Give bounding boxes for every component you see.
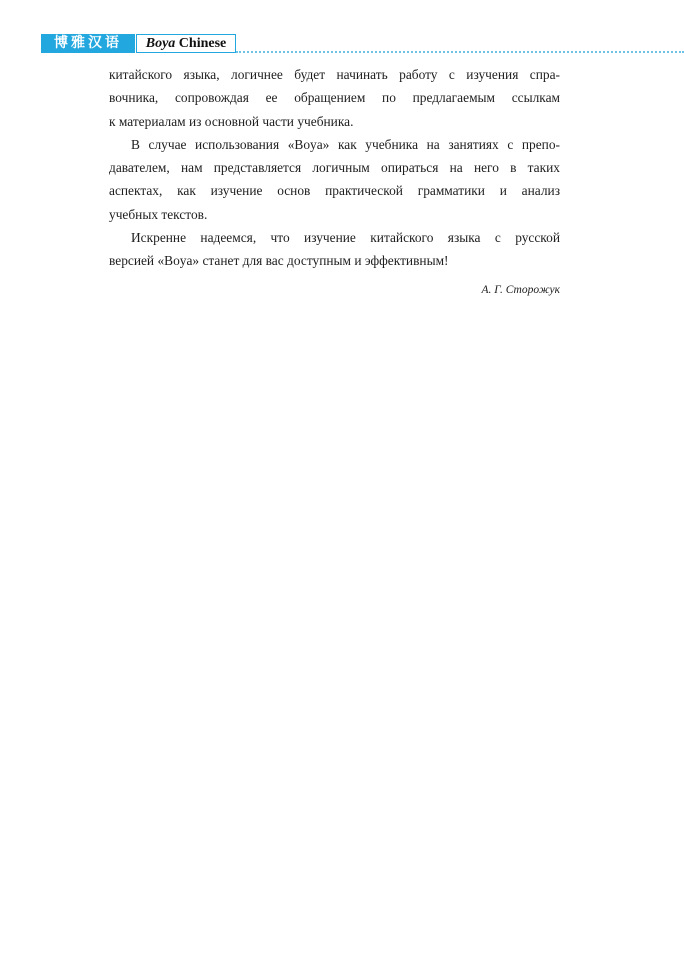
text-line: В случае использования «Boya» как учебни… [109,133,560,156]
text-line: версией «Boya» станет для вас доступным … [109,249,560,272]
text-line: Искренне надеемся, что изучение китайско… [109,226,560,249]
running-header: 博雅汉语 Boya Chinese [41,34,684,54]
body-text: китайского языка, логичнее будет начинат… [109,63,560,273]
text-line: аспектах, как изучение основ практическо… [109,179,560,202]
header-dotted-rule [236,51,684,53]
text-line: учебных текстов. [109,203,560,226]
header-english-title-italic: Boya [146,36,176,51]
header-english-title: Boya Chinese [136,34,236,53]
text-line: китайского языка, логичнее будет начинат… [109,63,560,86]
paragraph-3: Искренне надеемся, что изучение китайско… [109,226,560,273]
text-line: давателем, нам представляется логичным о… [109,156,560,179]
text-line: вочника, сопровождая ее обращением по пр… [109,86,560,109]
paragraph-1: китайского языка, логичнее будет начинат… [109,63,560,133]
paragraph-2: В случае использования «Boya» как учебни… [109,133,560,226]
text-line: к материалам из основной части учебника. [109,110,560,133]
header-english-title-rest: Chinese [175,36,226,51]
author-signature: А. Г. Сторожук [109,280,560,300]
header-chinese-title: 博雅汉语 [41,34,135,53]
